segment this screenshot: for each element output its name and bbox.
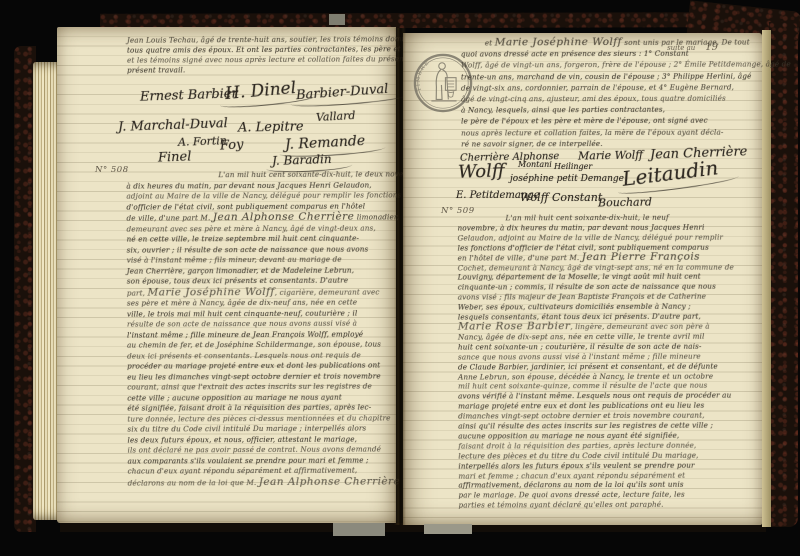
- emphasized-name: Marie Rose Barbier: [458, 320, 571, 332]
- book-gutter: [394, 28, 406, 525]
- handwritten-line: et Marie Joséphine Wolff sont unis par l…: [461, 36, 759, 48]
- emphasized-name: Jean Pierre François: [582, 250, 700, 262]
- previous-act-end-text: Jean Louis Techau, âgé de trente-huit an…: [127, 34, 391, 75]
- signature: J. Remande: [285, 133, 366, 153]
- handwritten-line: présent travail.: [127, 64, 391, 75]
- emphasized-name: Jean Alphonse Cherrière: [259, 475, 400, 488]
- emphasized-name: Marie Joséphine Wolff: [147, 285, 274, 298]
- handwritten-line: mari et femme ; chacun d'eux ayant répon…: [458, 470, 758, 481]
- signature: Foy: [220, 137, 244, 153]
- act-number-508: N° 508: [95, 165, 129, 175]
- scanned-register-photo: { "meta": { "title": "Registre d'état ci…: [0, 0, 800, 556]
- left-page: Jean Louis Techau, âgé de trente-huit an…: [57, 27, 396, 523]
- page-tab: [424, 524, 472, 534]
- signature: Barbier-Duval: [296, 82, 389, 103]
- marriage-act-509-text: L'an mil huit cent soixante-dix-huit, le…: [457, 212, 758, 510]
- signature: Montani: [518, 160, 552, 169]
- signature: Marie Wolff: [578, 148, 643, 162]
- handwritten-line: courant, ainsi que l'extrait des actes i…: [127, 381, 393, 393]
- handwritten-line: six du titre du Code civil intitulé Du m…: [127, 423, 393, 435]
- signature: Wolff: [458, 160, 505, 183]
- handwritten-line: résulte de son acte de naissance que nou…: [127, 318, 393, 330]
- book-binding-right: [769, 22, 798, 527]
- marriage-act-508-text: L'an mil huit cent soixante-dix-huit, le…: [126, 169, 393, 488]
- svg-text:TIMBRE: TIMBRE: [415, 60, 431, 92]
- emphasized-name: Marie Joséphine Wolff: [495, 36, 622, 48]
- signature: J. Marchal-Duval: [118, 116, 228, 135]
- handwritten-line: lecture des pièces et du titre du Code c…: [458, 450, 758, 461]
- handwritten-line: adjoint au Maire de la ville de Nancy, d…: [126, 190, 392, 202]
- emphasized-name: Jean Alphonse Cherrière: [213, 211, 354, 224]
- signature: H. Dinel: [224, 78, 297, 104]
- handwritten-line: ses père et mère à Nancy, âgée de dix-ne…: [127, 297, 393, 309]
- handwritten-line: L'an mil huit cent soixante-dix-huit, le…: [126, 169, 392, 181]
- handwritten-line: né en cette ville, le treize septembre m…: [127, 233, 393, 245]
- handwritten-line: deux ici présents et consentants. Lesque…: [127, 350, 393, 362]
- signature: J. Baradin: [272, 152, 332, 168]
- handwritten-line: déclarons au nom de la loi que M. Jean A…: [128, 476, 394, 489]
- handwritten-line: dimanches vingt-sept octobre dernier et …: [458, 411, 758, 422]
- handwritten-line: visé à l'instant même ; fils mineur, dev…: [127, 254, 393, 266]
- handwritten-line: ils ont déclaré ne pas avoir passé de co…: [128, 444, 394, 456]
- handwritten-line: et les témoins signé avec nous après lec…: [127, 54, 391, 65]
- signature: joséphine petit Demange: [510, 174, 624, 184]
- handwritten-line: Jean Cherrière, garçon limonadier, et de…: [127, 265, 393, 277]
- page-tab: [333, 523, 385, 536]
- handwritten-line: Wolff, âgé de vingt-un ans, forgeron, fr…: [461, 59, 759, 71]
- signature: A. Lepitre: [238, 119, 304, 135]
- handwritten-line: Gelaudon, adjoint au Maire de la ville d…: [458, 232, 758, 243]
- handwritten-line: âgé de vingt-cinq ans, ajusteur, ami des…: [461, 92, 759, 104]
- handwritten-line: nous après lecture et collation faites, …: [461, 126, 759, 138]
- handwritten-line: Cochet, demeurant à Nancy, âgé de vingt-…: [458, 262, 758, 273]
- handwritten-line: parties et témoins ayant déclaré qu'elle…: [458, 500, 758, 511]
- handwritten-line: demeurant avec ses père et mère à Nancy,…: [127, 223, 393, 235]
- stacked-page-edges: [33, 62, 58, 520]
- signature: Heilinger: [554, 162, 592, 171]
- signature: Vallard: [316, 109, 356, 124]
- handwritten-line: L'an mil huit cent soixante-dix-huit, le…: [457, 212, 757, 223]
- handwritten-line: Nancy, âgée de dix-sept ans, née en cett…: [458, 331, 758, 342]
- handwritten-line: sance que nous avons aussi visé à l'inst…: [458, 351, 758, 362]
- act-508-conclusion-text: et Marie Joséphine Wolff sont unis par l…: [461, 36, 759, 149]
- signature: Wolff Constant: [520, 191, 602, 204]
- right-page: suite au19 TIMBRE et Marie Joséphine Wol…: [403, 33, 762, 525]
- handwritten-line: mil huit cent soixante-quinze, comme il …: [458, 381, 758, 392]
- signature: Finel: [158, 149, 192, 165]
- right-page-edge: [762, 30, 771, 527]
- signature: Bouchard: [598, 196, 652, 210]
- handwritten-line: procéder au mariage projeté entre eux et…: [127, 360, 393, 372]
- handwritten-line: avons vérifié à l'instant même. Lesquels…: [458, 391, 758, 402]
- binding-clasp: [329, 14, 345, 25]
- handwritten-line: Jean Louis Techau, âgé de trente-huit an…: [127, 34, 391, 45]
- handwritten-line: avons visé ; fils majeur de Jean Baptist…: [458, 292, 758, 303]
